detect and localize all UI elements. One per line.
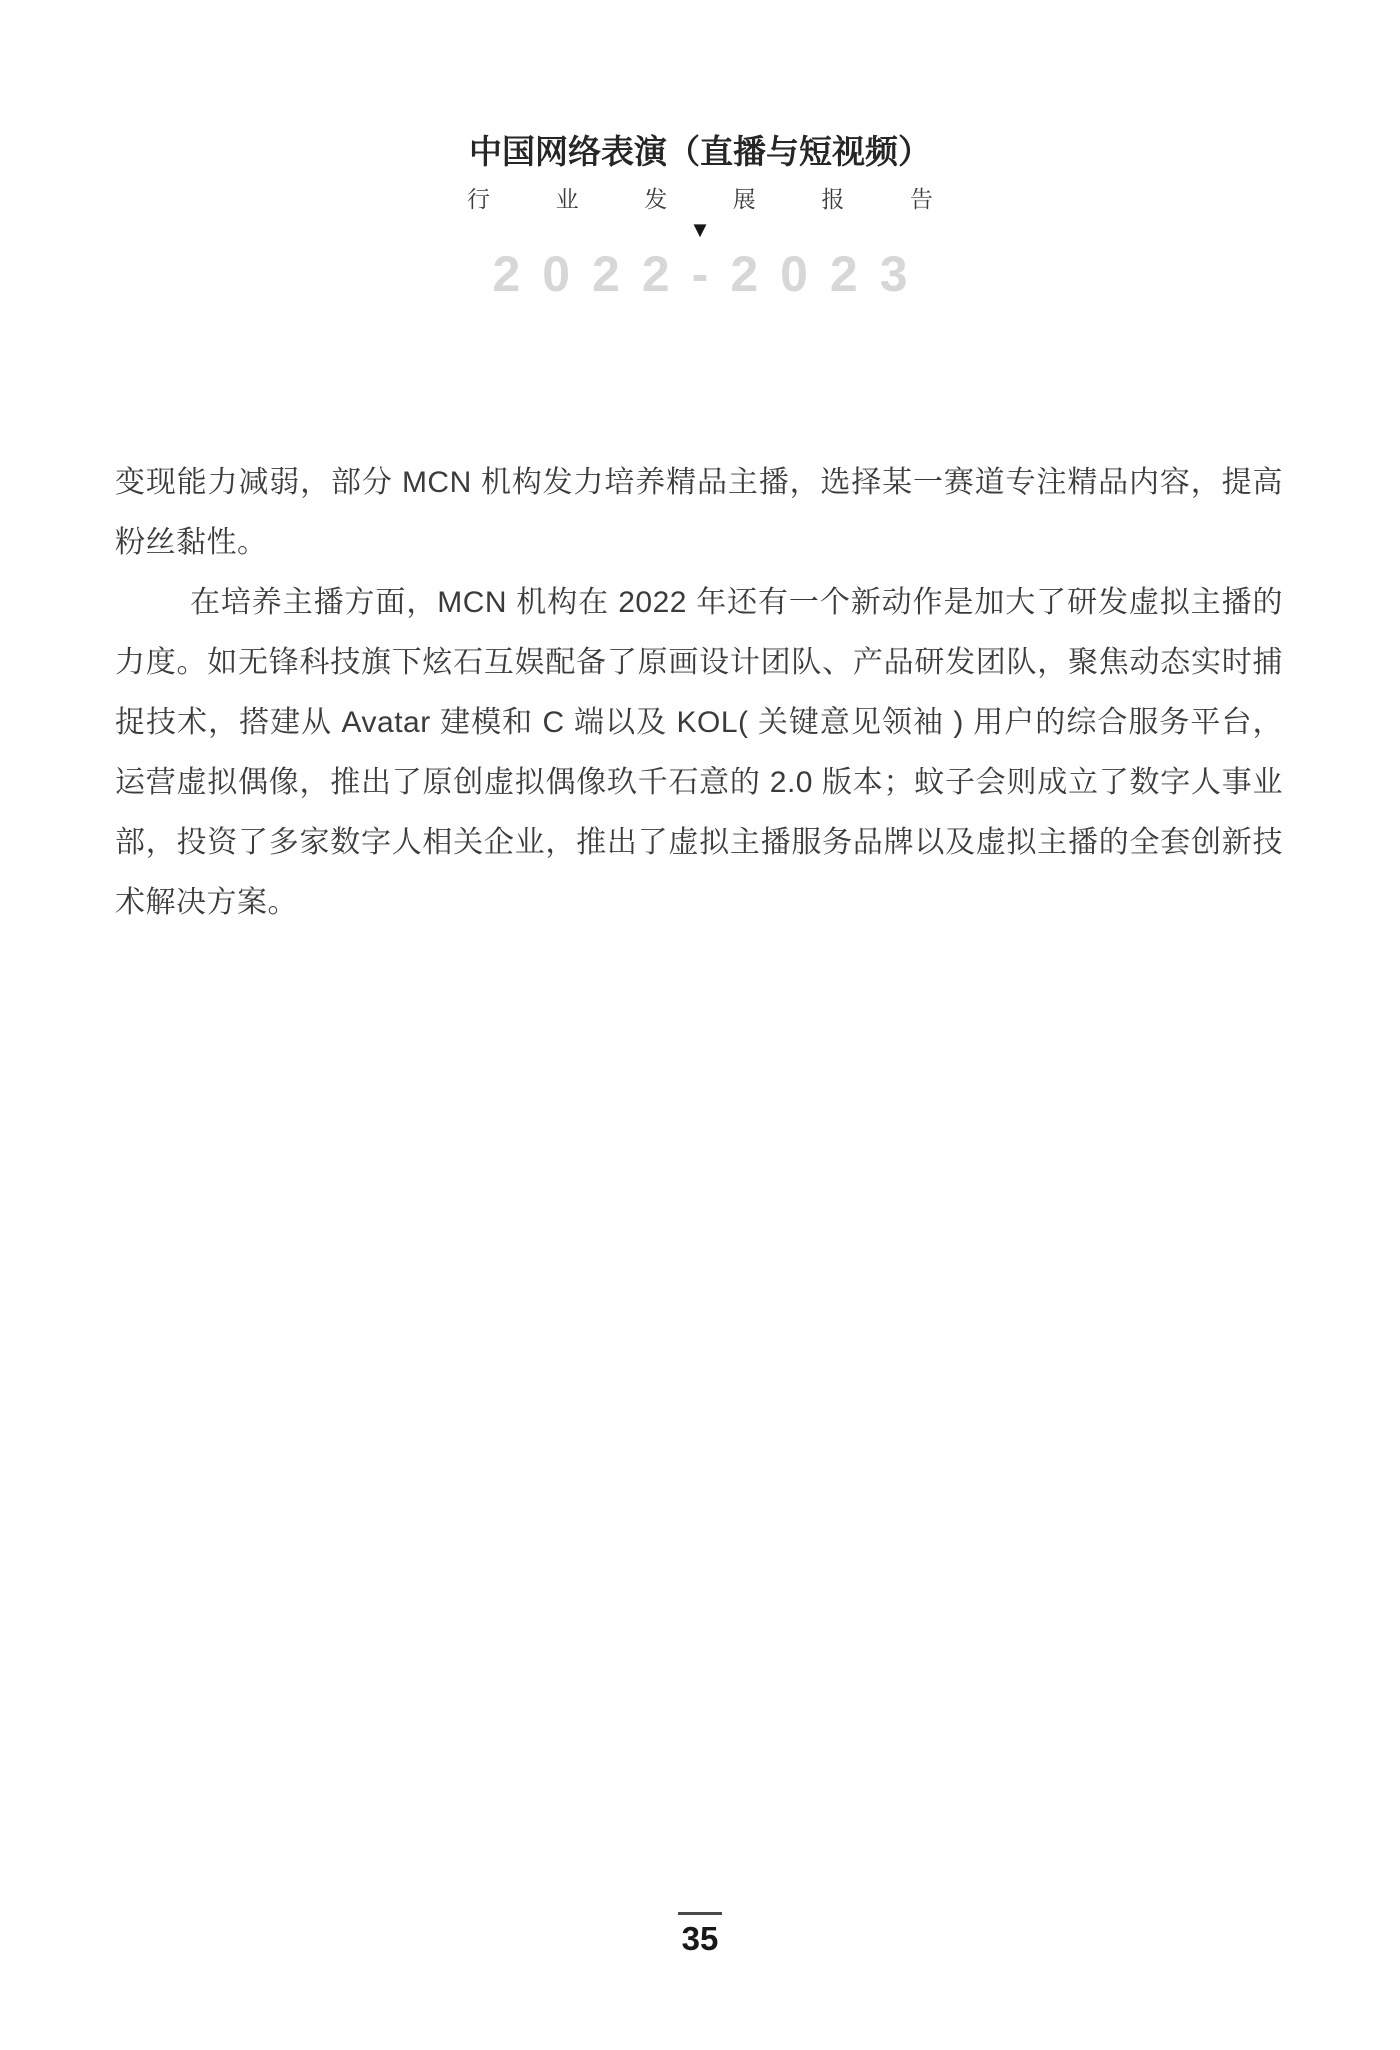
report-title: 中国网络表演（直播与短视频） (467, 130, 933, 174)
report-header: 中国网络表演（直播与短视频） 行业发展报告 ▼ 2022-2023 (467, 130, 933, 302)
footer-divider (678, 1912, 722, 1915)
body-content: 变现能力减弱，部分 MCN 机构发力培养精品主播，选择某一赛道专注精品内容，提高… (115, 453, 1283, 933)
paragraph: 变现能力减弱，部分 MCN 机构发力培养精品主播，选择某一赛道专注精品内容，提高… (115, 453, 1283, 573)
triangle-down-icon: ▼ (467, 218, 933, 242)
report-subtitle: 行业发展报告 (467, 184, 933, 214)
page-footer: 35 (678, 1912, 722, 1956)
report-page: 中国网络表演（直播与短视频） 行业发展报告 ▼ 2022-2023 变现能力减弱… (0, 0, 1400, 2050)
paragraph: 在培养主播方面，MCN 机构在 2022 年还有一个新动作是加大了研发虚拟主播的… (115, 573, 1283, 933)
report-years-range: 2022-2023 (467, 246, 955, 302)
page-number: 35 (678, 1922, 722, 1956)
